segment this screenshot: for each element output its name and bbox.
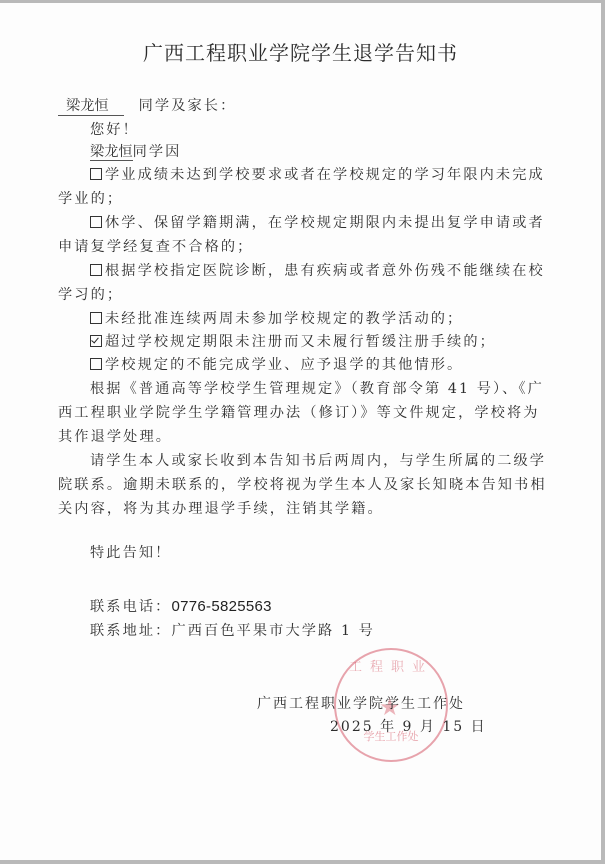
reason-4-checkbox[interactable]: [90, 312, 102, 324]
contact-para-line-3: 关内容，将为其办理退学手续，注销其学籍。: [58, 500, 384, 518]
address-label: 联系地址：: [90, 623, 171, 639]
reason-5-checkbox-checked[interactable]: [90, 335, 102, 347]
reason-3: 根据学校指定医院诊断，患有疾病或者意外伤残不能继续在校: [90, 262, 545, 280]
salutation-suffix: 同学及家长：: [139, 98, 237, 114]
intro-line: 梁龙恒同学因: [90, 143, 181, 161]
basis-line-2: 西工程职业学院学生学籍管理办法（修订）》等文件规定，学校将为: [58, 404, 540, 422]
reason-1-cont: 学业的；: [58, 190, 123, 208]
reason-1-checkbox[interactable]: [90, 168, 102, 180]
reason-2-text: 休学、保留学籍期满，在学校规定期限内未提出复学申请或者: [105, 215, 545, 231]
reason-6-checkbox[interactable]: [90, 358, 102, 370]
reason-6-text: 学校规定的不能完成学业、应予退学的其他情形。: [105, 357, 463, 373]
seal-top-text: 工程职业: [336, 656, 446, 675]
basis-line-1: 根据《普通高等学校学生管理规定》（教育部令第 41 号）、《广: [90, 380, 544, 398]
intro-student-name: 梁龙恒: [90, 144, 133, 161]
reason-3-text: 根据学校指定医院诊断，患有疾病或者意外伤残不能继续在校: [105, 263, 545, 279]
reason-6: 学校规定的不能完成学业、应予退学的其他情形。: [90, 356, 463, 374]
reason-3-cont: 学习的；: [58, 286, 123, 304]
reason-5: 超过学校规定期限未注册而又未履行暂缓注册手续的；: [90, 333, 496, 351]
contact-para-line-1: 请学生本人或家长收到本告知书后两周内，与学生所属的二级学: [90, 452, 546, 470]
issue-date: 2025 年 9 月 15 日: [330, 716, 487, 736]
intro-suffix: 同学因: [133, 144, 182, 160]
contact-address: 联系地址：广西百色平果市大学路 1 号: [90, 622, 375, 640]
phone-number: 0776-5825563: [171, 598, 271, 615]
basis-line-3: 其作退学处理。: [58, 428, 172, 446]
document-title: 广西工程职业学院学生退学告知书: [0, 37, 601, 66]
reason-4-text: 未经批准连续两周未参加学校规定的教学活动的；: [105, 311, 463, 327]
reason-4: 未经批准连续两周未参加学校规定的教学活动的；: [90, 310, 463, 328]
reason-2-cont: 申请复学经复查不合格的；: [58, 238, 253, 256]
address-value: 广西百色平果市大学路 1 号: [171, 623, 375, 639]
contact-para-line-2: 院联系。逾期未联系的，学校将视为学生本人及家长知晓本告知书相: [58, 476, 547, 494]
salutation: 梁龙恒 同学及家长：: [58, 97, 236, 116]
issuer: 广西工程职业学院学生工作处: [257, 693, 465, 713]
salutation-student-name: 梁龙恒: [58, 97, 124, 116]
closing: 特此告知！: [90, 544, 171, 562]
reason-1: 学业成绩未达到学校要求或者在学校规定的学习年限内未完成: [90, 166, 545, 184]
reason-1-text: 学业成绩未达到学校要求或者在学校规定的学习年限内未完成: [105, 167, 545, 183]
reason-3-checkbox[interactable]: [90, 264, 102, 276]
reason-2-checkbox[interactable]: [90, 216, 102, 228]
reason-5-text: 超过学校规定期限未注册而又未履行暂缓注册手续的；: [105, 334, 496, 350]
notice-page: 广西工程职业学院学生退学告知书 梁龙恒 同学及家长： 您好！ 梁龙恒同学因 学业…: [0, 3, 601, 860]
phone-label: 联系电话：: [90, 599, 171, 615]
contact-phone: 联系电话：0776-5825563: [90, 598, 272, 616]
reason-2: 休学、保留学籍期满，在学校规定期限内未提出复学申请或者: [90, 214, 545, 232]
greeting: 您好！: [90, 121, 139, 139]
